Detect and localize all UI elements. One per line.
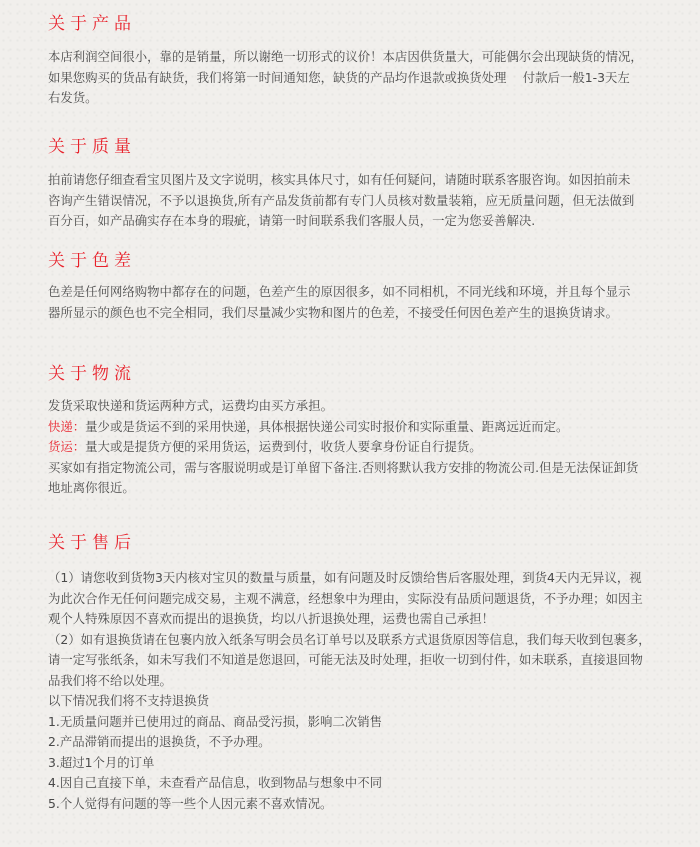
section-body-color: 色差是任何网络购物中都存在的问题，色差产生的原因很多，如不同相机，不同光线和环境… [48,282,678,323]
list-item: 1.无质量问题并已使用过的商品、商品受污损，影响二次销售 [48,712,678,733]
list-item: 4.因自己直接下单，未查看产品信息，收到物品与想象中不同 [48,773,678,794]
section-title-after-sales: 关于售后 [48,532,678,554]
section-logistics: 关于物流 发货采取快递和货运两种方式，运费均由买方承担。 快递：量少或是货运不到… [48,363,678,499]
list-item: 2.产品滞销而提出的退换货，不予办理。 [48,732,678,753]
section-color: 关于色差 色差是任何网络购物中都存在的问题，色差产生的原因很多，如不同相机，不同… [48,250,678,323]
freight-text: 量大或是提货方便的采用货运，运费到付，收货人要拿身份证自行提货。 [85,439,482,454]
text-line: （2）如有退换货请在包裹内放入纸条写明会员名订单号以及联系方式退货原因等信息，我… [48,630,678,651]
section-body-after-sales: （1）请您收到货物3天内核对宝贝的数量与质量，如有问题及时反馈给售后客服处理，到… [48,568,678,814]
text-line: 右发货。 [48,88,678,109]
text-line: 请一定写张纸条，如未写我们不知道是您退回，可能无法及时处理，拒收一切到付件，如未… [48,650,678,671]
section-quality: 关于质量 拍前请您仔细查看宝贝图片及文字说明，核实具体尺寸，如有任何疑问，请随时… [48,136,678,232]
section-body-logistics: 发货采取快递和货运两种方式，运费均由买方承担。 快递：量少或是货运不到的采用快递… [48,396,678,499]
text-line: 本店利润空间很小，靠的是销量，所以谢绝一切形式的议价！本店因供货量大，可能偶尔会… [48,47,678,68]
express-label: 快递： [48,419,85,434]
text-line: 色差是任何网络购物中都存在的问题，色差产生的原因很多，如不同相机，不同光线和环境… [48,282,678,303]
list-item: 5.个人觉得有问题的等一些个人因元素不喜欢情况。 [48,794,678,815]
section-title-logistics: 关于物流 [48,363,678,385]
section-product: 关于产品 本店利润空间很小，靠的是销量，所以谢绝一切形式的议价！本店因供货量大，… [48,13,678,109]
freight-line: 货运：量大或是提货方便的采用货运，运费到付，收货人要拿身份证自行提货。 [48,437,678,458]
section-after-sales: 关于售后 （1）请您收到货物3天内核对宝贝的数量与质量，如有问题及时反馈给售后客… [48,532,678,814]
express-line: 快递：量少或是货运不到的采用快递，具体根据快递公司实时报价和实际重量、距离远近而… [48,417,678,438]
list-item: 3.超过1个月的订单 [48,753,678,774]
text-line: 观个人特殊原因不喜欢而提出的退换货，均以八折退换处理，运费也需自己承担！ [48,609,678,630]
text-line: 发货采取快递和货运两种方式，运费均由买方承担。 [48,396,678,417]
text-line: 百分百，如产品确实存在本身的瑕疵，请第一时间联系我们客服人员，一定为您妥善解决. [48,211,678,232]
section-body-quality: 拍前请您仔细查看宝贝图片及文字说明，核实具体尺寸，如有任何疑问，请随时联系客服咨… [48,170,678,232]
text-line: 如果您购买的货品有缺货，我们将第一时间通知您，缺货的产品均作退款或换货处理 付款… [48,68,678,89]
freight-label: 货运： [48,439,85,454]
section-body-product: 本店利润空间很小，靠的是销量，所以谢绝一切形式的议价！本店因供货量大，可能偶尔会… [48,47,678,109]
text-line: （1）请您收到货物3天内核对宝贝的数量与质量，如有问题及时反馈给售后客服处理，到… [48,568,678,589]
section-title-color: 关于色差 [48,250,678,272]
text-line: 地址离你很近。 [48,478,678,499]
text-line: 器所显示的颜色也不完全相同，我们尽量减少实物和图片的色差，不接受任何因色差产生的… [48,303,678,324]
text-line: 买家如有指定物流公司，需与客服说明或是订单留下备注.否则将默认我方安排的物流公司… [48,458,678,479]
text-line: 以下情况我们将不支持退换货 [48,691,678,712]
text-line: 拍前请您仔细查看宝贝图片及文字说明，核实具体尺寸，如有任何疑问，请随时联系客服咨… [48,170,678,191]
section-title-product: 关于产品 [48,13,678,35]
text-line: 为此次合作无任何问题完成交易，主观不满意，经想象中为理由，实际没有品质问题退货，… [48,589,678,610]
express-text: 量少或是货运不到的采用快递，具体根据快递公司实时报价和实际重量、距离远近而定。 [85,419,568,434]
text-line: 品我们将不给以处理。 [48,671,678,692]
text-line: 咨询产生错误情况，不予以退换货,所有产品发货前都有专门人员核对数量装箱，应无质量… [48,191,678,212]
section-title-quality: 关于质量 [48,136,678,158]
